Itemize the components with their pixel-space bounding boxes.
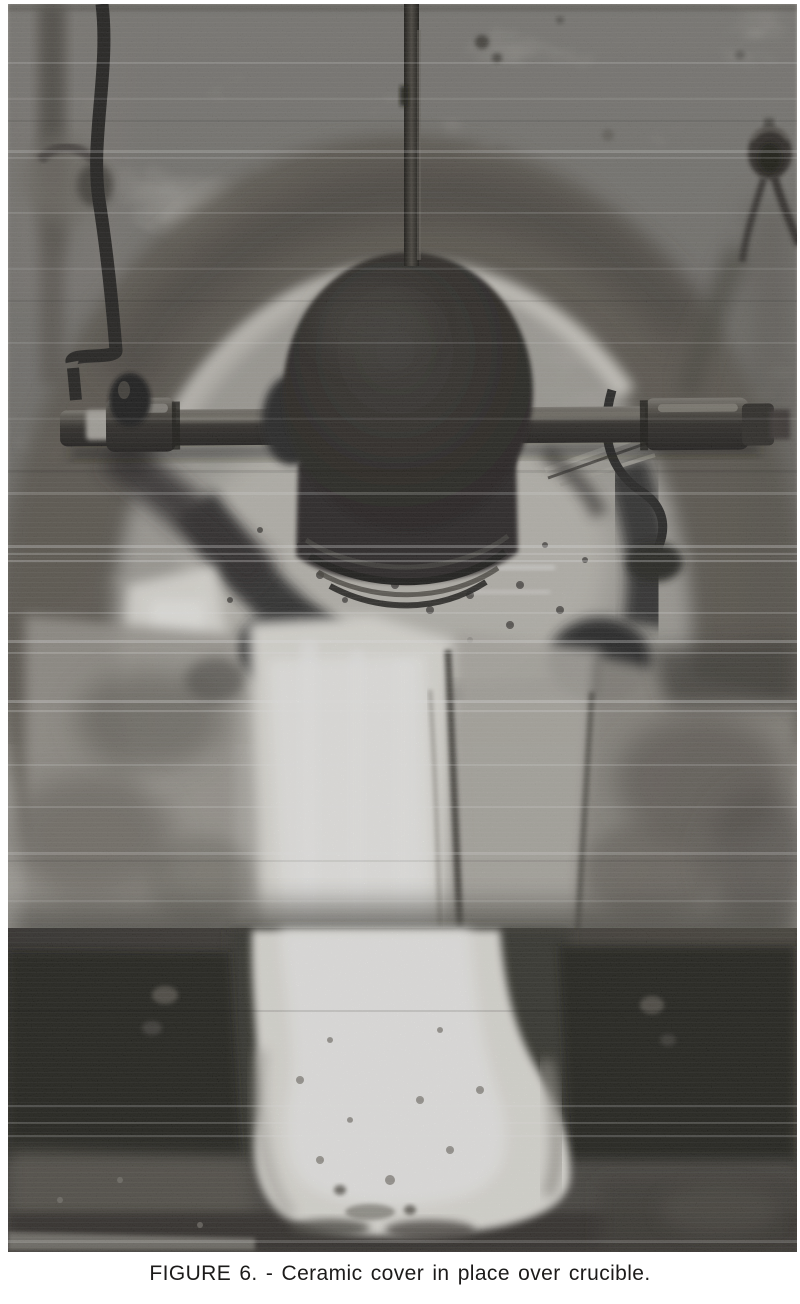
figure-caption: FIGURE 6. - Ceramic cover in place over …	[0, 1262, 800, 1286]
figure-photo	[8, 4, 797, 1252]
photo-canvas	[8, 4, 797, 1252]
document-page: FIGURE 6. - Ceramic cover in place over …	[0, 0, 800, 1304]
film-grain	[8, 4, 797, 1252]
